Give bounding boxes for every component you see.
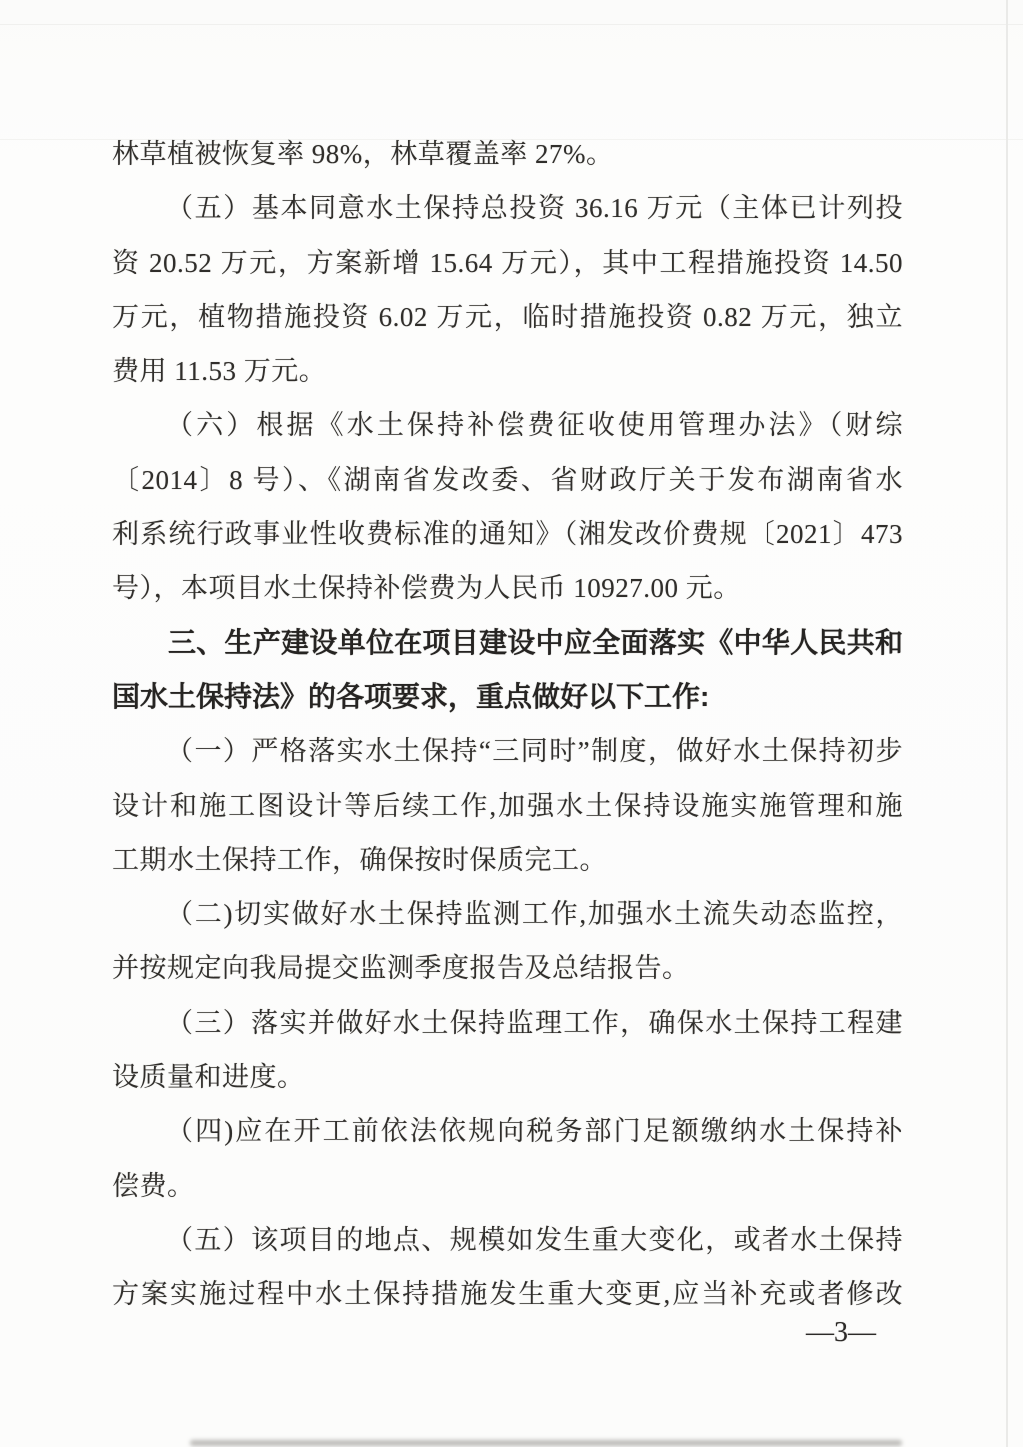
document-line: 资 20.52 万元，方案新增 15.64 万元），其中工程措施投资 14.50: [112, 236, 903, 290]
document-line: （一）严格落实水土保持“三同时”制度，做好水土保持初步: [112, 724, 903, 778]
scanned-document-page: 林草植被恢复率 98%，林草覆盖率 27%。（五）基本同意水土保持总投资 36.…: [0, 0, 1023, 1447]
document-line: 林草植被恢复率 98%，林草覆盖率 27%。: [112, 127, 903, 181]
document-line: 方案实施过程中水土保持措施发生重大变更,应当补充或者修改: [112, 1267, 903, 1321]
document-line: （二)切实做好水土保持监测工作,加强水土流失动态监控，: [112, 887, 903, 941]
document-line: 设计和施工图设计等后续工作,加强水土保持设施实施管理和施: [112, 779, 903, 833]
page-number: —3—: [806, 1316, 876, 1350]
document-line: （五）该项目的地点、规模如发生重大变化，或者水土保持: [112, 1213, 903, 1267]
scan-artifact-bottom-smudge: [190, 1440, 902, 1446]
document-line: 号），本项目水土保持补偿费为人民币 10927.00 元。: [112, 561, 903, 615]
document-line: 并按规定向我局提交监测季度报告及总结报告。: [112, 941, 903, 995]
scan-artifact-top-line: [0, 24, 1023, 25]
document-line: 费用 11.53 万元。: [112, 344, 903, 398]
document-line: 三、生产建设单位在项目建设中应全面落实《中华人民共和: [112, 616, 903, 670]
document-line: 万元，植物措施投资 6.02 万元，临时措施投资 0.82 万元，独立: [112, 290, 903, 344]
document-body: 林草植被恢复率 98%，林草覆盖率 27%。（五）基本同意水土保持总投资 36.…: [112, 127, 903, 1322]
document-line: 设质量和进度。: [112, 1050, 903, 1104]
document-line: （三）落实并做好水土保持监理工作，确保水土保持工程建: [112, 996, 903, 1050]
document-line: （四)应在开工前依法依规向税务部门足额缴纳水土保持补: [112, 1104, 903, 1158]
document-line: 国水土保持法》的各项要求，重点做好以下工作:: [112, 670, 903, 724]
document-line: （五）基本同意水土保持总投资 36.16 万元（主体已计列投: [112, 181, 903, 235]
document-line: 偿费。: [112, 1159, 903, 1213]
document-line: 〔2014〕8 号）、《湖南省发改委、省财政厅关于发布湖南省水: [112, 453, 903, 507]
document-line: （六）根据《水土保持补偿费征收使用管理办法》（财综: [112, 398, 903, 452]
scan-artifact-right-edge-line: [1006, 0, 1008, 1447]
document-line: 工期水土保持工作，确保按时保质完工。: [112, 833, 903, 887]
document-line: 利系统行政事业性收费标准的通知》（湘发改价费规〔2021〕473: [112, 507, 903, 561]
